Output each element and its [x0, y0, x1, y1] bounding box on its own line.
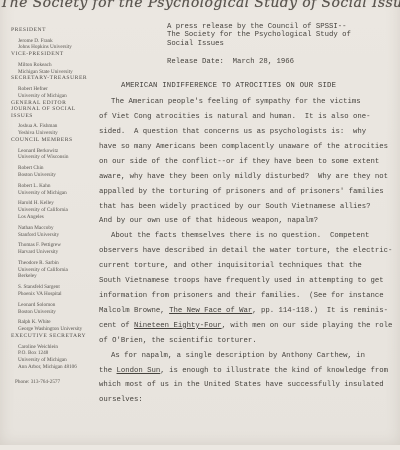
sidebar-section-vice-president: VICE-PRESIDENT Milton Rokeach Michigan S…	[11, 51, 99, 75]
text-line: South Vietnamese troops have frequently …	[99, 274, 395, 289]
text-line: current torture, and other inquisitorial…	[99, 259, 395, 274]
book-title: The New Face of War	[169, 307, 252, 315]
sidebar-section-heading: EXECUTIVE SECRETARY	[11, 333, 99, 340]
sidebar-entry: Leonard Solomon Boston University	[18, 302, 99, 316]
article-headline: AMERICAN INDIFFERENCE TO ATROCITIES ON O…	[121, 82, 395, 90]
main-column: A press release by the Council of SPSSI-…	[99, 11, 400, 408]
press-release-note: A press release by the Council of SPSSI-…	[167, 23, 395, 48]
sidebar-entry: Jerome D. Frank Johns Hopkins University	[18, 38, 99, 52]
text-line: that has been widely practiced by our So…	[99, 200, 395, 215]
text-line: And by our own use of that hideous weapo…	[99, 214, 395, 229]
sidebar-entry: Caroline Weichlein P.O. Box 1248 Univers…	[18, 344, 99, 371]
sidebar-entry: Harold H. Kelley University of Californi…	[18, 200, 99, 220]
text-line: have so many Americans been complacently…	[99, 140, 395, 155]
text-line: of Viet Cong atrocities is natural and h…	[99, 110, 395, 125]
text-line: information from prisoners and their fam…	[99, 289, 395, 304]
text-segment: Malcolm Browne,	[99, 307, 169, 315]
sidebar-phone: Phone: 313-764-2577	[15, 379, 99, 386]
text-line: As for napalm, a single description by A…	[99, 349, 395, 364]
sidebar-section-heading: GENERAL EDITOR JOURNAL OF SOCIAL ISSUES	[11, 100, 99, 120]
text-line: aware, why have they been only mildly di…	[99, 170, 395, 185]
sidebar-entry: Robert L. Kahn University of Michigan	[18, 183, 99, 197]
sidebar-entry: Thomas F. Pettigrew Harvard University	[18, 242, 99, 256]
sidebar-section-heading: VICE-PRESIDENT	[11, 51, 99, 58]
sidebar-section-general-editor: GENERAL EDITOR JOURNAL OF SOCIAL ISSUES …	[11, 100, 99, 137]
text-line: About the facts themselves there is no q…	[99, 229, 395, 244]
book-title: Nineteen Eighty-Four	[134, 322, 222, 330]
sidebar-section-heading: PRESIDENT	[11, 27, 99, 34]
text-line: which most of us in the United States ha…	[99, 378, 395, 393]
sidebar-entry: S. Stansfeld Sargent Phoenix VA Hospital	[18, 284, 99, 298]
text-line: observers have described in detail the w…	[99, 244, 395, 259]
press-release-page: The Society for the Psychological Study …	[0, 0, 400, 445]
sidebar-entry: Joshua A. Fishman Yeshiva University	[18, 123, 99, 137]
sidebar-section-president: PRESIDENT Jerome D. Frank Johns Hopkins …	[11, 27, 99, 51]
page-layout: PRESIDENT Jerome D. Frank Johns Hopkins …	[0, 11, 400, 408]
sidebar-entry: Theodore R. Sarbin University of Califor…	[18, 260, 99, 280]
text-line: The American people's feeling of sympath…	[99, 95, 395, 110]
article-paragraph-2: About the facts themselves there is no q…	[99, 229, 395, 348]
article-paragraph-3: As for napalm, a single description by A…	[99, 349, 395, 409]
sidebar-entry: Milton Rokeach Michigan State University	[18, 62, 99, 76]
sidebar-section-heading: SECRETARY-TREASURER	[11, 75, 99, 82]
text-line: appalled by the torturing of prisoners a…	[99, 185, 395, 200]
sidebar-section-secretary-treasurer: SECRETARY-TREASURER Robert Hefner Univer…	[11, 75, 99, 99]
text-segment: , with men on our side playing the role	[222, 322, 393, 330]
sidebar-section-council-members: COUNCIL MEMBERS Leonard Berkowitz Univer…	[11, 137, 99, 333]
text-segment: the	[99, 367, 117, 375]
article-body: The American people's feeling of sympath…	[99, 95, 395, 408]
text-line: on our side of the conflict--or if they …	[99, 155, 395, 170]
text-segment: , pp. 114-118.) It is reminis-	[252, 307, 388, 315]
text-line: ourselves:	[99, 393, 395, 408]
text-line: cent of Nineteen Eighty-Four, with men o…	[99, 319, 395, 334]
text-line: Malcolm Browne, The New Face of War, pp.…	[99, 304, 395, 319]
text-segment: cent of	[99, 322, 134, 330]
officer-sidebar: PRESIDENT Jerome D. Frank Johns Hopkins …	[0, 11, 99, 408]
book-title: London Sun	[117, 367, 161, 375]
sidebar-entry: Robert Hefner University of Michigan	[18, 86, 99, 100]
release-date: Release Date: March 28, 1966	[167, 58, 395, 66]
sidebar-entry: Leonard Berkowitz University of Wisconsi…	[18, 148, 99, 162]
sidebar-section-executive-secretary: EXECUTIVE SECRETARY Caroline Weichlein P…	[11, 333, 99, 386]
text-segment: , is enough to illustrate the kind of kn…	[160, 367, 388, 375]
sidebar-entry: Ralph K. White George Washington Univers…	[18, 319, 99, 333]
sidebar-entry: Nathan Maccoby Stanford University	[18, 225, 99, 239]
masthead-title: The Society for the Psychological Study …	[0, 0, 400, 11]
text-line: of O'Brien, the scientific torturer.	[99, 334, 395, 349]
text-line: sided. A question that concerns us as ps…	[99, 125, 395, 140]
article-paragraph-1: The American people's feeling of sympath…	[99, 95, 395, 229]
sidebar-section-heading: COUNCIL MEMBERS	[11, 137, 99, 144]
text-line: the London Sun, is enough to illustrate …	[99, 364, 395, 379]
sidebar-entry: Robert Chin Boston University	[18, 165, 99, 179]
